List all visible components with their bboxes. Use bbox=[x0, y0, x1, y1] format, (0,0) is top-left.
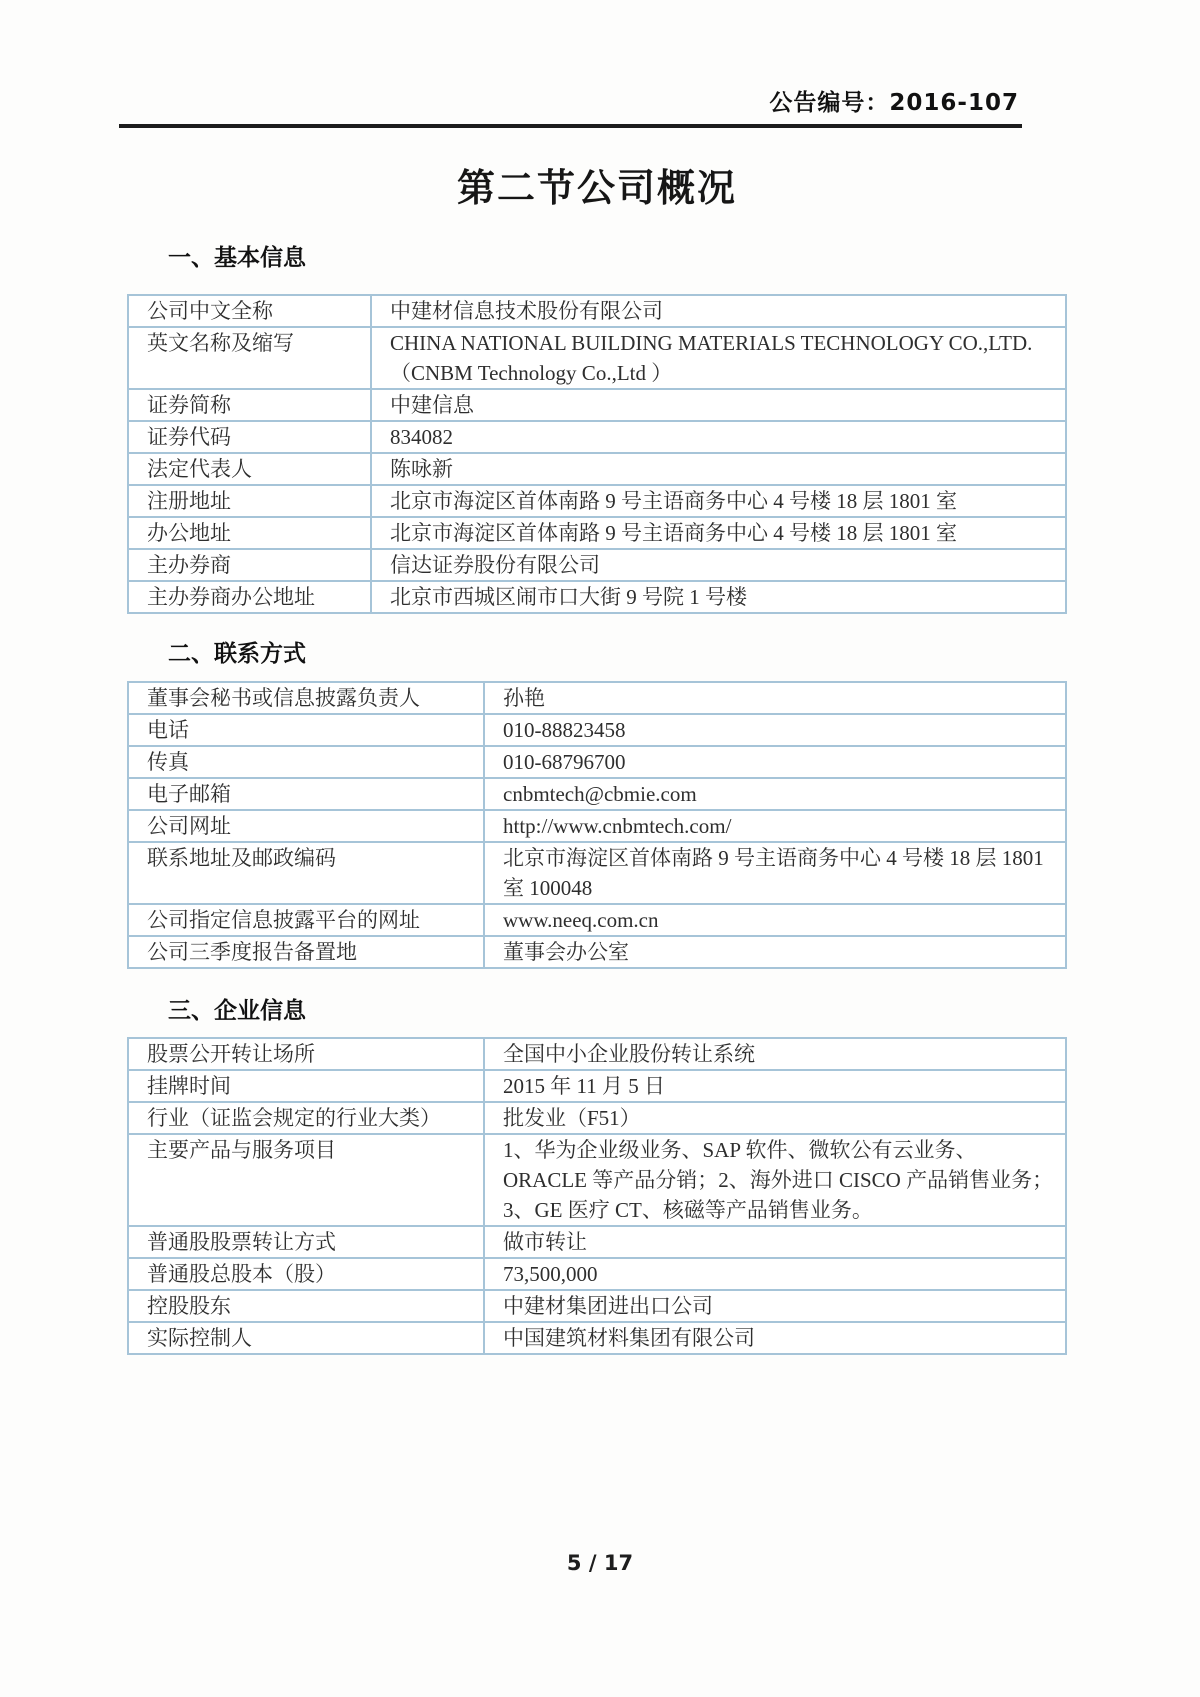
row-value: 董事会办公室 bbox=[484, 936, 1066, 968]
row-label: 电话 bbox=[128, 714, 484, 746]
header-divider bbox=[119, 124, 1022, 128]
row-label: 股票公开转让场所 bbox=[128, 1038, 484, 1070]
table-row: 董事会秘书或信息披露负责人 孙艳 bbox=[128, 682, 1066, 714]
section-heading-company-info: 三、企业信息 bbox=[127, 992, 1067, 1025]
row-label: 普通股总股本（股） bbox=[128, 1258, 484, 1290]
row-label: 传真 bbox=[128, 746, 484, 778]
row-label: 普通股股票转让方式 bbox=[128, 1226, 484, 1258]
row-label: 公司中文全称 bbox=[128, 295, 371, 327]
table-row: 主办券商办公地址 北京市西城区闹市口大街 9 号院 1 号楼 bbox=[128, 581, 1066, 613]
table-row: 主办券商 信达证券股份有限公司 bbox=[128, 549, 1066, 581]
table-row: 普通股股票转让方式 做市转让 bbox=[128, 1226, 1066, 1258]
row-value: 孙艳 bbox=[484, 682, 1066, 714]
row-label: 公司三季度报告备置地 bbox=[128, 936, 484, 968]
row-label: 注册地址 bbox=[128, 485, 371, 517]
row-label: 行业（证监会规定的行业大类） bbox=[128, 1102, 484, 1134]
document-page: 公告编号：2016-107 第二节公司概况 一、基本信息 公司中文全称 中建材信… bbox=[0, 0, 1200, 1697]
row-label: 主要产品与服务项目 bbox=[128, 1134, 484, 1226]
row-label: 公司指定信息披露平台的网址 bbox=[128, 904, 484, 936]
row-value: www.neeq.com.cn bbox=[484, 904, 1066, 936]
row-label: 公司网址 bbox=[128, 810, 484, 842]
row-value: 中建材信息技术股份有限公司 bbox=[371, 295, 1066, 327]
table-row: 电子邮箱 cnbmtech@cbmie.com bbox=[128, 778, 1066, 810]
row-value: 834082 bbox=[371, 421, 1066, 453]
row-value: CHINA NATIONAL BUILDING MATERIALS TECHNO… bbox=[371, 327, 1066, 389]
table-row: 公司中文全称 中建材信息技术股份有限公司 bbox=[128, 295, 1066, 327]
table-row: 股票公开转让场所 全国中小企业股份转让系统 bbox=[128, 1038, 1066, 1070]
row-label: 英文名称及缩写 bbox=[128, 327, 371, 389]
table-row: 电话 010-88823458 bbox=[128, 714, 1066, 746]
row-value: 北京市海淀区首体南路 9 号主语商务中心 4 号楼 18 层 1801 室 10… bbox=[484, 842, 1066, 904]
row-value: 010-88823458 bbox=[484, 714, 1066, 746]
contact-info-table: 董事会秘书或信息披露负责人 孙艳 电话 010-88823458 传真 010-… bbox=[127, 681, 1067, 969]
row-value: 中建信息 bbox=[371, 389, 1066, 421]
row-value: 北京市海淀区首体南路 9 号主语商务中心 4 号楼 18 层 1801 室 bbox=[371, 485, 1066, 517]
company-info-table: 股票公开转让场所 全国中小企业股份转让系统 挂牌时间 2015 年 11 月 5… bbox=[127, 1037, 1067, 1355]
table-row: 公司指定信息披露平台的网址 www.neeq.com.cn bbox=[128, 904, 1066, 936]
row-value: 陈咏新 bbox=[371, 453, 1066, 485]
table-row: 证券简称 中建信息 bbox=[128, 389, 1066, 421]
table-row: 公司三季度报告备置地 董事会办公室 bbox=[128, 936, 1066, 968]
row-value: 做市转让 bbox=[484, 1226, 1066, 1258]
table-row: 证券代码 834082 bbox=[128, 421, 1066, 453]
row-value: 中建材集团进出口公司 bbox=[484, 1290, 1066, 1322]
page-content: 公告编号：2016-107 第二节公司概况 一、基本信息 公司中文全称 中建材信… bbox=[127, 0, 1067, 1355]
section-heading-basic-info: 一、基本信息 bbox=[127, 239, 1067, 272]
table-row: 控股股东 中建材集团进出口公司 bbox=[128, 1290, 1066, 1322]
row-value: 010-68796700 bbox=[484, 746, 1066, 778]
row-label: 主办券商办公地址 bbox=[128, 581, 371, 613]
row-label: 法定代表人 bbox=[128, 453, 371, 485]
section-basic-info: 一、基本信息 公司中文全称 中建材信息技术股份有限公司 英文名称及缩写 CHIN… bbox=[127, 239, 1067, 614]
row-value: cnbmtech@cbmie.com bbox=[484, 778, 1066, 810]
table-row: 注册地址 北京市海淀区首体南路 9 号主语商务中心 4 号楼 18 层 1801… bbox=[128, 485, 1066, 517]
row-value: 2015 年 11 月 5 日 bbox=[484, 1070, 1066, 1102]
row-label: 办公地址 bbox=[128, 517, 371, 549]
table-row: 办公地址 北京市海淀区首体南路 9 号主语商务中心 4 号楼 18 层 1801… bbox=[128, 517, 1066, 549]
table-row: 法定代表人 陈咏新 bbox=[128, 453, 1066, 485]
table-row: 公司网址 http://www.cnbmtech.com/ bbox=[128, 810, 1066, 842]
row-label: 董事会秘书或信息披露负责人 bbox=[128, 682, 484, 714]
table-row: 主要产品与服务项目 1、华为企业级业务、SAP 软件、微软公有云业务、ORACL… bbox=[128, 1134, 1066, 1226]
table-row: 联系地址及邮政编码 北京市海淀区首体南路 9 号主语商务中心 4 号楼 18 层… bbox=[128, 842, 1066, 904]
row-label: 实际控制人 bbox=[128, 1322, 484, 1354]
table-row: 挂牌时间 2015 年 11 月 5 日 bbox=[128, 1070, 1066, 1102]
row-label: 主办券商 bbox=[128, 549, 371, 581]
row-value: 北京市西城区闹市口大街 9 号院 1 号楼 bbox=[371, 581, 1066, 613]
row-label: 证券简称 bbox=[128, 389, 371, 421]
section-heading-contact-info: 二、联系方式 bbox=[127, 635, 1067, 668]
row-value: 1、华为企业级业务、SAP 软件、微软公有云业务、ORACLE 等产品分销；2、… bbox=[484, 1134, 1066, 1226]
row-label: 联系地址及邮政编码 bbox=[128, 842, 484, 904]
basic-info-table: 公司中文全称 中建材信息技术股份有限公司 英文名称及缩写 CHINA NATIO… bbox=[127, 294, 1067, 614]
row-value: 北京市海淀区首体南路 9 号主语商务中心 4 号楼 18 层 1801 室 bbox=[371, 517, 1066, 549]
table-row: 英文名称及缩写 CHINA NATIONAL BUILDING MATERIAL… bbox=[128, 327, 1066, 389]
row-label: 电子邮箱 bbox=[128, 778, 484, 810]
row-value: http://www.cnbmtech.com/ bbox=[484, 810, 1066, 842]
row-label: 控股股东 bbox=[128, 1290, 484, 1322]
row-value: 中国建筑材料集团有限公司 bbox=[484, 1322, 1066, 1354]
table-row: 实际控制人 中国建筑材料集团有限公司 bbox=[128, 1322, 1066, 1354]
table-row: 传真 010-68796700 bbox=[128, 746, 1066, 778]
row-value: 信达证券股份有限公司 bbox=[371, 549, 1066, 581]
section-company-info: 三、企业信息 股票公开转让场所 全国中小企业股份转让系统 挂牌时间 2015 年… bbox=[127, 992, 1067, 1355]
row-value: 批发业（F51） bbox=[484, 1102, 1066, 1134]
row-value: 73,500,000 bbox=[484, 1258, 1066, 1290]
announcement-number: 公告编号：2016-107 bbox=[127, 84, 1067, 117]
row-label: 证券代码 bbox=[128, 421, 371, 453]
page-title: 第二节公司概况 bbox=[127, 157, 1067, 212]
section-contact-info: 二、联系方式 董事会秘书或信息披露负责人 孙艳 电话 010-88823458 … bbox=[127, 635, 1067, 969]
row-value: 全国中小企业股份转让系统 bbox=[484, 1038, 1066, 1070]
table-row: 普通股总股本（股） 73,500,000 bbox=[128, 1258, 1066, 1290]
table-row: 行业（证监会规定的行业大类） 批发业（F51） bbox=[128, 1102, 1066, 1134]
row-label: 挂牌时间 bbox=[128, 1070, 484, 1102]
page-number: 5 / 17 bbox=[0, 1551, 1200, 1575]
